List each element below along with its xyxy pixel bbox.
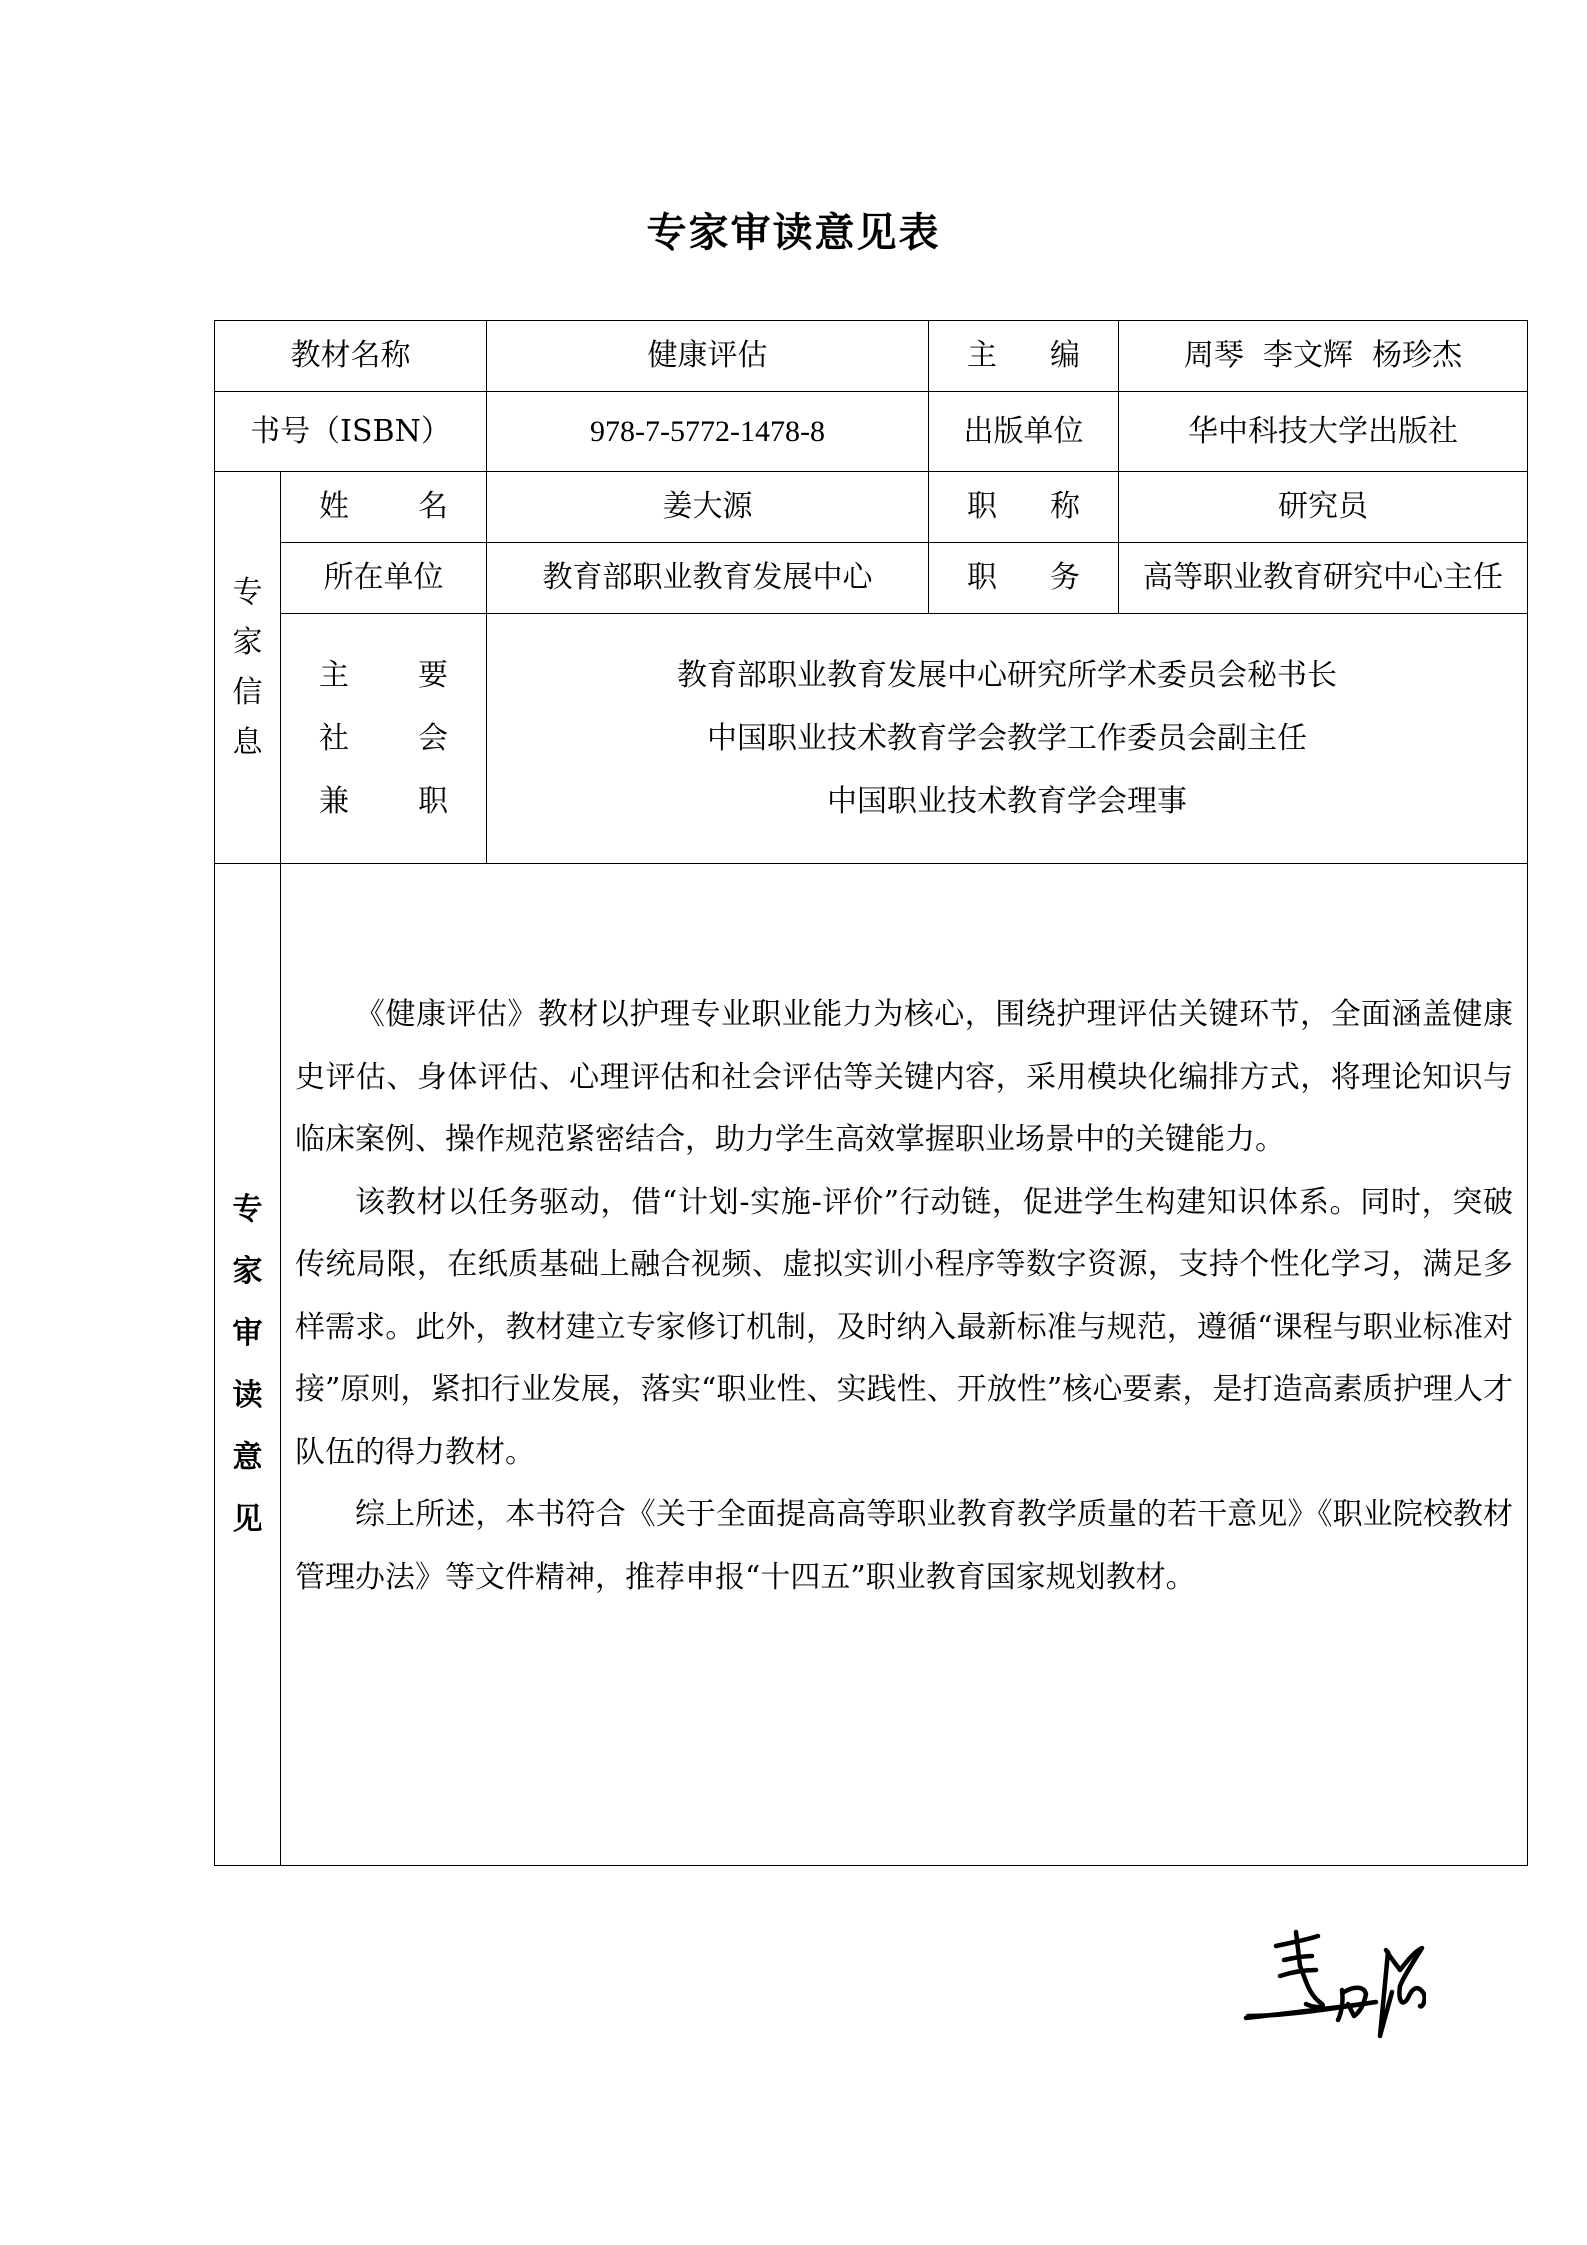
row-expert-name: 专 家 信 息 姓 名 姜大源 职 称 研究员	[215, 472, 1528, 543]
social-role-item: 中国职业技术教育学会理事	[487, 784, 1527, 820]
isbn-label: 书号（ISBN）	[215, 392, 487, 472]
expert-info-section-label: 专 家 信 息	[215, 472, 281, 864]
page-title: 专家审读意见表	[0, 205, 1587, 261]
review-section-label: 专 家 审 读 意 见	[215, 864, 281, 1866]
label-char: 要	[418, 658, 448, 694]
row-isbn: 书号（ISBN） 978-7-5772-1478-8 出版单位 华中科技大学出版…	[215, 392, 1528, 472]
review-opinion-text: 《健康评估》教材以护理专业职业能力为核心，围绕护理评估关键环节，全面涵盖健康史评…	[295, 984, 1513, 1609]
isbn-value: 978-7-5772-1478-8	[487, 392, 929, 472]
editor-value: 周琴 李文辉 杨珍杰	[1119, 321, 1528, 392]
label-char: 职	[967, 489, 997, 525]
review-paragraph: 《健康评估》教材以护理专业职业能力为核心，围绕护理评估关键环节，全面涵盖健康史评…	[295, 984, 1513, 1172]
social-roles-label: 主要 社会 兼职	[281, 614, 487, 864]
section-char: 见	[233, 1502, 263, 1538]
section-char: 家	[233, 625, 263, 661]
expert-unit-label: 所在单位	[281, 543, 487, 614]
publisher-value: 华中科技大学出版社	[1119, 392, 1528, 472]
label-char: 名	[418, 489, 448, 525]
review-opinion-cell: 《健康评估》教材以护理专业职业能力为核心，围绕护理评估关键环节，全面涵盖健康史评…	[281, 864, 1528, 1866]
expert-unit-value: 教育部职业教育发展中心	[487, 543, 929, 614]
expert-title-value: 研究员	[1119, 472, 1528, 543]
expert-position-value: 高等职业教育研究中心主任	[1119, 543, 1528, 614]
expert-name-label: 姓 名	[281, 472, 487, 543]
section-char: 专	[233, 1192, 263, 1228]
social-role-item: 教育部职业教育发展中心研究所学术委员会秘书长	[487, 658, 1527, 694]
editor-label-char: 主	[967, 338, 997, 374]
book-name-value: 健康评估	[487, 321, 929, 392]
label-char: 称	[1050, 489, 1080, 525]
book-name-label: 教材名称	[215, 321, 487, 392]
section-char: 审	[233, 1316, 263, 1352]
section-char: 读	[233, 1378, 263, 1414]
section-char: 信	[233, 675, 263, 711]
row-book-name: 教材名称 健康评估 主 编 周琴 李文辉 杨珍杰	[215, 321, 1528, 392]
expert-position-label: 职 务	[929, 543, 1119, 614]
review-paragraph: 综上所述，本书符合《关于全面提高高等职业教育教学质量的若干意见》《职业院校教材管…	[295, 1484, 1513, 1609]
social-role-item: 中国职业技术教育学会教学工作委员会副主任	[487, 721, 1527, 757]
review-form-table: 教材名称 健康评估 主 编 周琴 李文辉 杨珍杰 书号（ISBN） 978-7-…	[214, 320, 1528, 1866]
label-char: 职	[418, 784, 448, 820]
label-char: 职	[967, 560, 997, 596]
label-char: 会	[418, 721, 448, 757]
section-char: 意	[233, 1440, 263, 1476]
row-expert-social-roles: 主要 社会 兼职 教育部职业教育发展中心研究所学术委员会秘书长 中国职业技术教育…	[215, 614, 1528, 864]
publisher-label: 出版单位	[929, 392, 1119, 472]
social-roles-value: 教育部职业教育发展中心研究所学术委员会秘书长 中国职业技术教育学会教学工作委员会…	[487, 614, 1528, 864]
editor-label-char: 编	[1050, 338, 1080, 374]
label-char: 姓	[319, 489, 349, 525]
section-char: 专	[233, 575, 263, 611]
row-expert-review: 专 家 审 读 意 见 《健康评估》教材以护理专业职业能力为核心，围绕护理评估关…	[215, 864, 1528, 1866]
row-expert-unit: 所在单位 教育部职业教育发展中心 职 务 高等职业教育研究中心主任	[215, 543, 1528, 614]
review-paragraph: 该教材以任务驱动，借“计划-实施-评价”行动链，促进学生构建知识体系。同时，突破…	[295, 1172, 1513, 1485]
label-char: 主	[319, 658, 349, 694]
expert-name-value: 姜大源	[487, 472, 929, 543]
editor-label: 主 编	[929, 321, 1119, 392]
expert-title-label: 职 称	[929, 472, 1119, 543]
section-char: 家	[233, 1254, 263, 1290]
label-char: 社	[319, 721, 349, 757]
signature-image	[1236, 1924, 1426, 2044]
label-char: 务	[1050, 560, 1080, 596]
label-char: 兼	[319, 784, 349, 820]
section-char: 息	[233, 725, 263, 761]
